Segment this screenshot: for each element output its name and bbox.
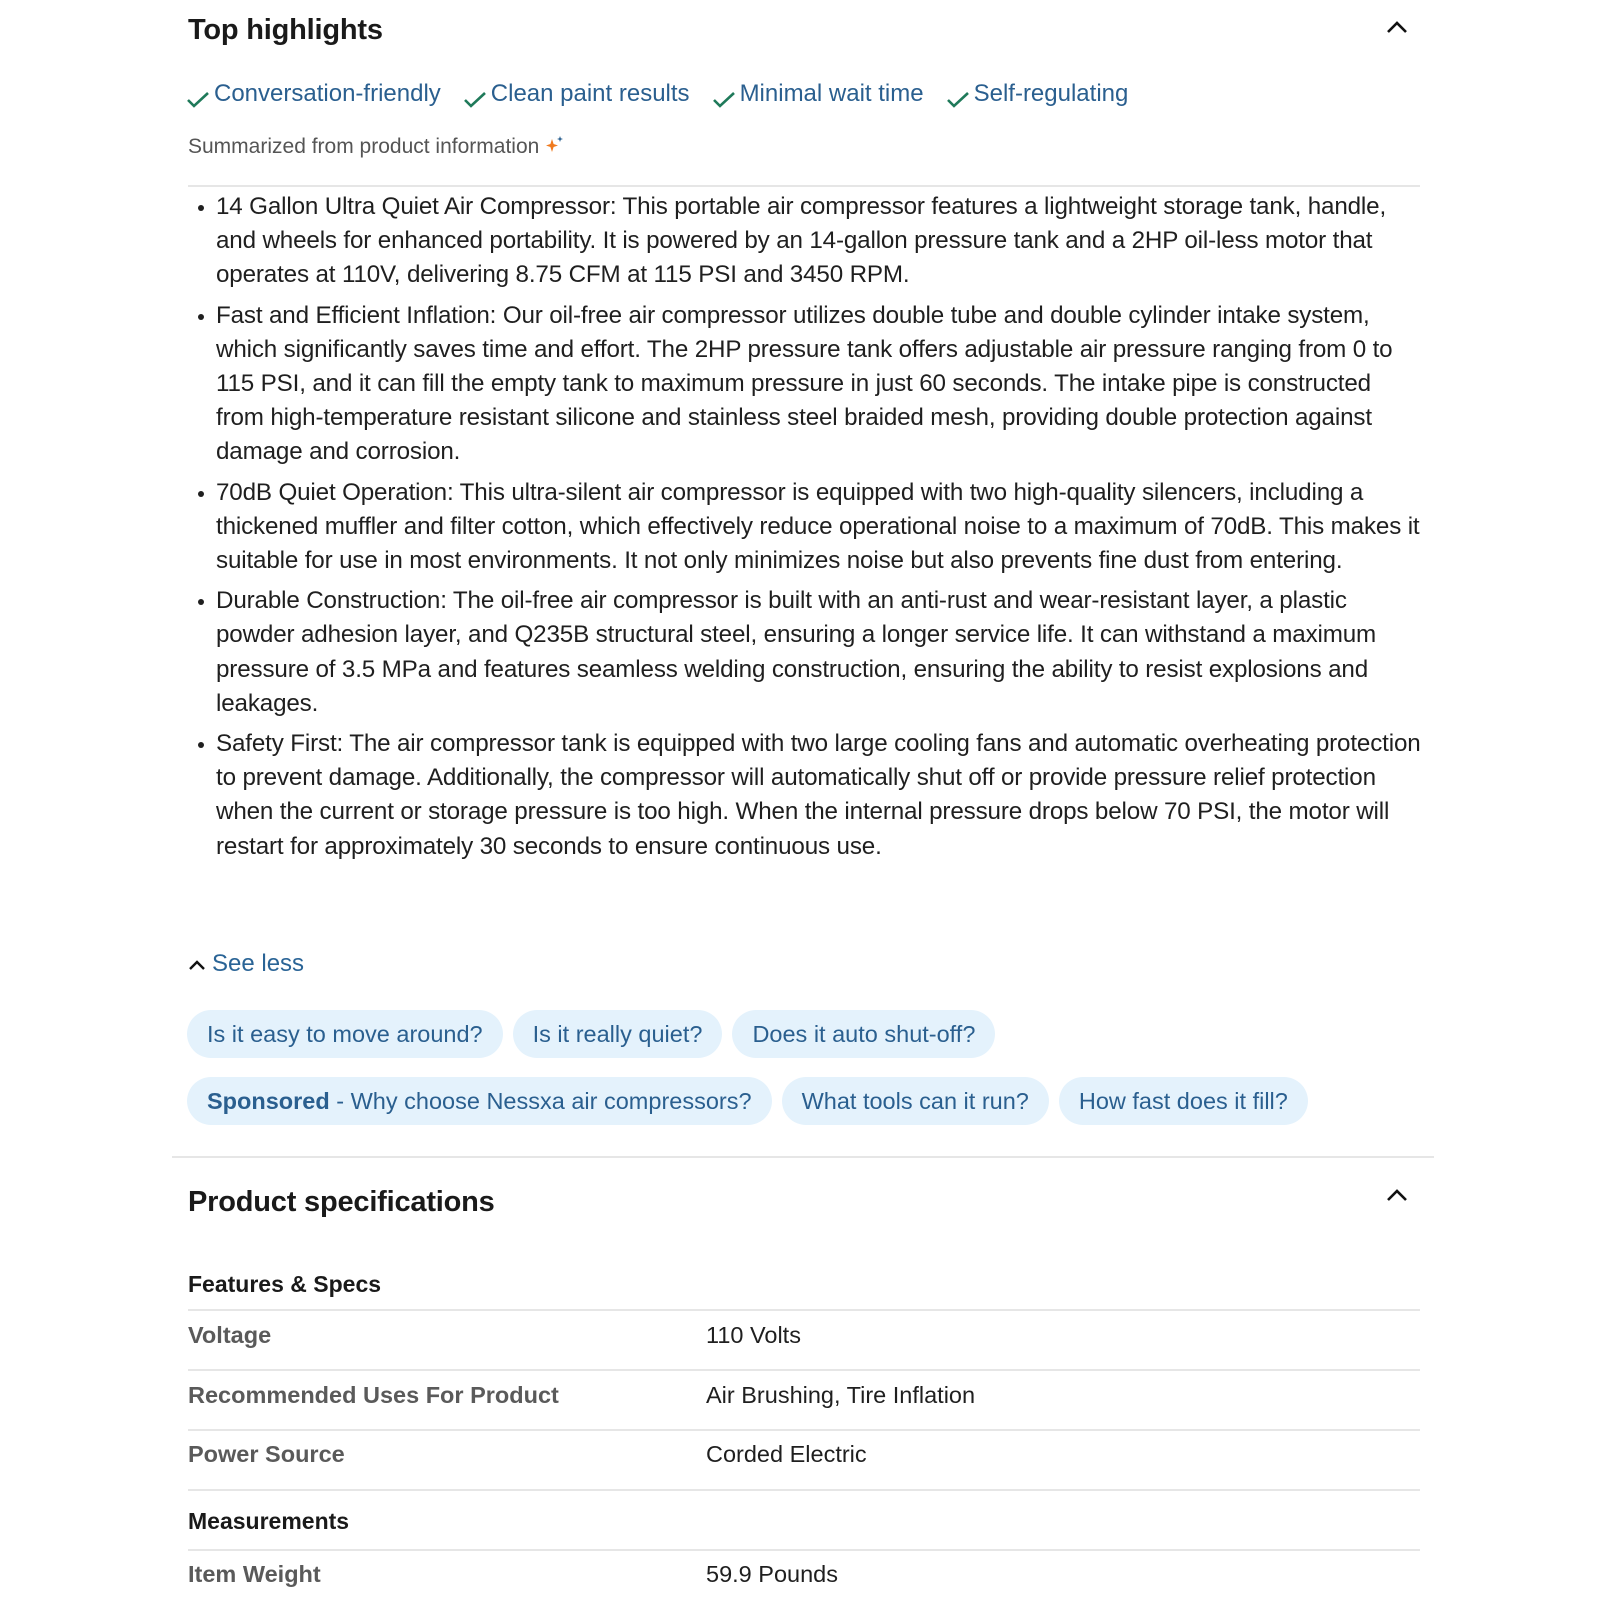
spec-value: Air Brushing, Tire Inflation [706,1382,975,1409]
sponsored-question-chip[interactable]: Sponsored - Why choose Nessxa air compre… [187,1077,772,1125]
spec-group-title: Features & Specs [188,1271,381,1298]
see-less-button[interactable]: See less [188,950,304,978]
feature-bullet: Durable Construction: The oil-free air c… [188,584,1424,721]
spec-value: Corded Electric [706,1441,867,1468]
highlight-label: Minimal wait time [740,80,924,108]
question-chip[interactable]: Does it auto shut-off? [732,1010,995,1058]
feature-bullet: Fast and Efficient Inflation: Our oil-fr… [188,299,1424,470]
highlight-label: Clean paint results [491,80,690,108]
check-icon [463,90,487,108]
question-chip[interactable]: How fast does it fill? [1059,1077,1308,1125]
summary-note: Summarized from product information [188,134,565,160]
feature-bullet: Safety First: The air compressor tank is… [188,727,1424,864]
spec-label: Power Source [188,1441,345,1468]
top-highlights-title: Top highlights [188,14,383,47]
highlights-list: Conversation-friendly Clean paint result… [186,80,1128,108]
section-divider [172,1156,1434,1158]
spec-label: Item Weight [188,1561,321,1588]
ai-sparkle-icon [545,134,565,160]
divider [188,1549,1420,1551]
spec-label: Voltage [188,1322,271,1349]
check-icon [946,90,970,108]
chevron-up-icon[interactable] [1386,1188,1402,1204]
chevron-up-icon[interactable] [1386,20,1402,36]
spec-value: 110 Volts [706,1322,801,1349]
question-chips-row: Is it easy to move around? Is it really … [187,1010,995,1058]
spec-group-title: Measurements [188,1508,349,1535]
divider [188,1369,1420,1371]
sponsored-question-text: - Why choose Nessxa air compressors? [330,1088,752,1114]
divider [188,1309,1420,1311]
spec-value: 59.9 Pounds [706,1561,838,1588]
divider [188,1429,1420,1431]
feature-bullets: 14 Gallon Ultra Quiet Air Compressor: Th… [188,190,1424,870]
highlight-item[interactable]: Conversation-friendly [186,80,441,108]
question-chips-row: Sponsored - Why choose Nessxa air compre… [187,1077,1308,1125]
highlight-item[interactable]: Minimal wait time [712,80,924,108]
feature-bullet: 70dB Quiet Operation: This ultra-silent … [188,476,1424,579]
spec-label: Recommended Uses For Product [188,1382,559,1409]
product-specifications-title: Product specifications [188,1186,495,1219]
sponsored-label: Sponsored [207,1088,330,1114]
check-icon [712,90,736,108]
divider [188,1489,1420,1491]
summary-text: Summarized from product information [188,135,539,159]
divider [188,185,1420,187]
highlight-label: Self-regulating [974,80,1129,108]
product-details-page: Top highlights Conversation-friendly Cle… [0,0,1600,1600]
see-less-label: See less [212,950,304,978]
feature-bullet: 14 Gallon Ultra Quiet Air Compressor: Th… [188,190,1424,293]
highlight-item[interactable]: Self-regulating [946,80,1129,108]
check-icon [186,90,210,108]
highlight-label: Conversation-friendly [214,80,441,108]
question-chip[interactable]: Is it easy to move around? [187,1010,503,1058]
question-chip[interactable]: Is it really quiet? [513,1010,723,1058]
highlight-item[interactable]: Clean paint results [463,80,690,108]
chevron-up-icon [188,950,206,978]
question-chip[interactable]: What tools can it run? [782,1077,1049,1125]
